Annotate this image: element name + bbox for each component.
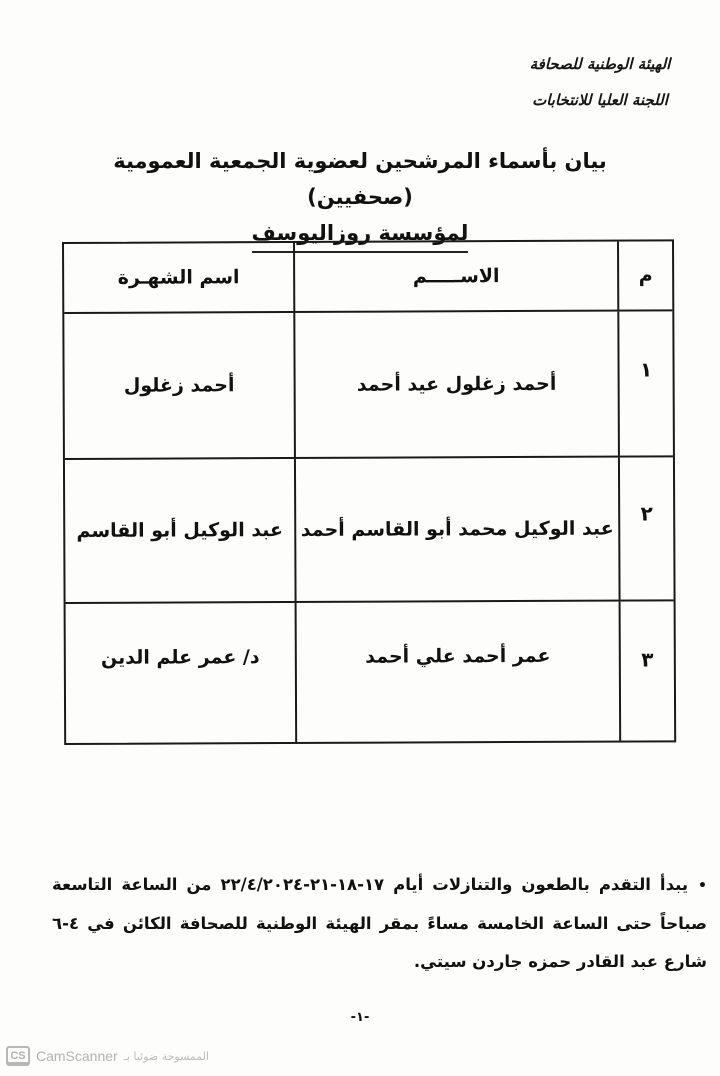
table-row: ١ أحمد زغلول عيد أحمد أحمد زغلول <box>64 311 673 460</box>
row-number: ٣ <box>619 601 675 740</box>
page-number: -١- <box>0 1010 720 1025</box>
camscanner-watermark: CS CamScanner الممسوحة ضوئيا بـ <box>6 1046 209 1066</box>
column-header-number: م <box>617 241 672 309</box>
row-number: ١ <box>617 311 673 455</box>
document-title: بيان بأسماء المرشحين لعضوية الجمعية العم… <box>80 143 640 253</box>
candidate-full-name: أحمد زغلول عيد أحمد <box>293 312 618 457</box>
title-main: بيان بأسماء المرشحين لعضوية الجمعية العم… <box>80 143 640 215</box>
row-number: ٢ <box>618 457 674 599</box>
camscanner-logo-icon: CS <box>6 1046 30 1066</box>
notice-text: يبدأ التقدم بالطعون والتنازلات أيام ١٧-١… <box>52 875 707 971</box>
candidate-full-name: عبد الوكيل محمد أبو القاسم أحمد <box>294 458 619 601</box>
bullet-icon: • <box>698 867 707 905</box>
org-name-line: الهيئة الوطنية للصحافة <box>520 46 680 82</box>
candidate-alias: أحمد زغلول <box>64 313 294 458</box>
table-row: ٢ عبد الوكيل محمد أبو القاسم أحمد عبد ال… <box>65 457 674 604</box>
table-row: ٣ عمر أحمد علي أحمد د/ عمر علم الدين <box>66 601 675 743</box>
table-header-row: م الاســـــم اسم الشهـرة <box>64 241 672 314</box>
candidate-alias: د/ عمر علم الدين <box>66 603 296 743</box>
candidate-alias: عبد الوكيل أبو القاسم <box>65 459 295 602</box>
column-header-name: الاســـــم <box>293 242 617 311</box>
appeals-notice: •يبدأ التقدم بالطعون والتنازلات أيام ١٧-… <box>52 866 707 981</box>
candidate-full-name: عمر أحمد علي أحمد <box>295 602 620 742</box>
organization-header: الهيئة الوطنية للصحافة اللجنة العليا للا… <box>520 46 680 118</box>
column-header-alias: اسم الشهـرة <box>64 243 293 312</box>
candidates-table: م الاســـــم اسم الشهـرة ١ أحمد زغلول عي… <box>62 239 676 745</box>
watermark-brand: CamScanner <box>36 1048 118 1064</box>
committee-name-line: اللجنة العليا للانتخابات <box>520 82 680 118</box>
watermark-arabic-text: الممسوحة ضوئيا بـ <box>124 1050 209 1063</box>
